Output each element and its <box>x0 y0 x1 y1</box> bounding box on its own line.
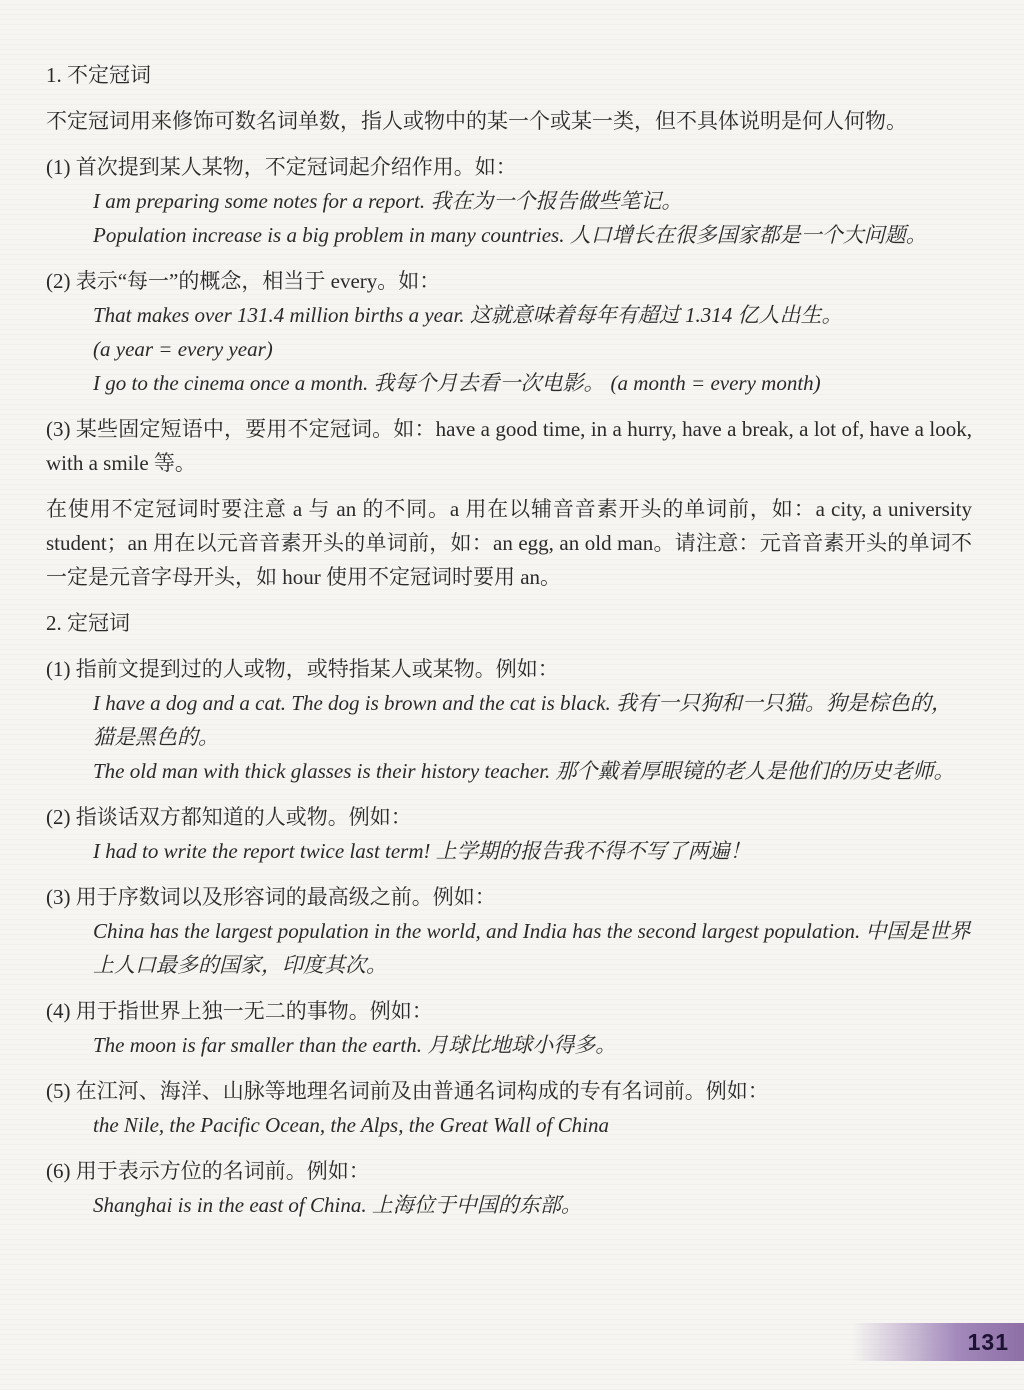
chinese-translation: 我在为一个报告做些笔记。 <box>430 189 682 213</box>
english-sentence: I have a dog and a cat. The dog is brown… <box>93 691 616 715</box>
grammar-item-2-5: (5) 在江河、海洋、山脉等地理名词前及由普通名词构成的专有名词前。例如： <box>46 1074 972 1108</box>
chinese-translation: 上海位于中国的东部。 <box>372 1193 582 1217</box>
grammar-item-1-2: (2) 表示“每一”的概念，相当于 every。如： <box>46 264 972 298</box>
example-line: That makes over 131.4 million births a y… <box>46 298 972 332</box>
example-line: I had to write the report twice last ter… <box>46 834 972 868</box>
chinese-translation: 人口增长在很多国家都是一个大问题。 <box>570 223 927 247</box>
example-line: The moon is far smaller than the earth.月… <box>46 1028 972 1062</box>
grammar-item-2-3: (3) 用于序数词以及形容词的最高级之前。例如： <box>46 880 972 914</box>
english-sentence: China has the largest population in the … <box>93 919 866 943</box>
grammar-item-1-1: (1) 首次提到某人某物，不定冠词起介绍作用。如： <box>46 150 972 184</box>
english-sentence: I am preparing some notes for a report. <box>93 189 430 213</box>
grammar-item-2-6: (6) 用于表示方位的名词前。例如： <box>46 1154 972 1188</box>
chinese-translation: 我每个月去看一次电影。 <box>374 371 605 395</box>
example-line: The old man with thick glasses is their … <box>46 754 972 788</box>
example-line: the Nile, the Pacific Ocean, the Alps, t… <box>46 1108 972 1142</box>
english-note: (a month = every month) <box>611 371 821 395</box>
page-content: 1. 不定冠词 不定冠词用来修饰可数名词单数，指人或物中的某一个或某一类，但不具… <box>0 0 1024 1222</box>
example-line: I go to the cinema once a month.我每个月去看一次… <box>46 366 972 400</box>
grammar-item-2-1: (1) 指前文提到过的人或物，或特指某人或某物。例如： <box>46 652 972 686</box>
page-number-bar: 131 <box>852 1323 1024 1361</box>
example-line: (a year = every year) <box>46 332 972 366</box>
chinese-translation: 上学期的报告我不得不写了两遍！ <box>436 839 751 863</box>
english-sentence: Shanghai is in the east of China. <box>93 1193 372 1217</box>
english-sentence: the Nile, the Pacific Ocean, the Alps, t… <box>93 1113 609 1137</box>
section-1-intro: 不定冠词用来修饰可数名词单数，指人或物中的某一个或某一类，但不具体说明是何人何物… <box>46 104 972 138</box>
chinese-translation: 这就意味着每年有超过 1.314 亿人出生。 <box>470 303 843 327</box>
chinese-translation: 月球比地球小得多。 <box>427 1033 616 1057</box>
textbook-page: 1. 不定冠词 不定冠词用来修饰可数名词单数，指人或物中的某一个或某一类，但不具… <box>0 0 1024 1390</box>
english-sentence: I had to write the report twice last ter… <box>93 839 436 863</box>
section-1-heading: 1. 不定冠词 <box>46 58 972 92</box>
example-line: I have a dog and a cat. The dog is brown… <box>46 686 972 754</box>
example-line: Shanghai is in the east of China.上海位于中国的… <box>46 1188 972 1222</box>
page-number: 131 <box>968 1329 1009 1356</box>
english-sentence: Population increase is a big problem in … <box>93 223 570 247</box>
example-line: Population increase is a big problem in … <box>46 218 972 252</box>
a-vs-an-paragraph: 在使用不定冠词时要注意 a 与 an 的不同。a 用在以辅音音素开头的单词前，如… <box>46 492 972 594</box>
grammar-item-1-3: (3) 某些固定短语中，要用不定冠词。如：have a good time, i… <box>46 412 972 480</box>
english-sentence: The moon is far smaller than the earth. <box>93 1033 427 1057</box>
english-sentence: (a year = every year) <box>93 337 273 361</box>
example-line: China has the largest population in the … <box>46 914 972 982</box>
grammar-item-2-2: (2) 指谈话双方都知道的人或物。例如： <box>46 800 972 834</box>
example-line: I am preparing some notes for a report.我… <box>46 184 972 218</box>
english-sentence: The old man with thick glasses is their … <box>93 759 556 783</box>
chinese-translation: 那个戴着厚眼镜的老人是他们的历史老师。 <box>556 759 955 783</box>
section-2-heading: 2. 定冠词 <box>46 606 972 640</box>
english-sentence: I go to the cinema once a month. <box>93 371 374 395</box>
grammar-item-2-4: (4) 用于指世界上独一无二的事物。例如： <box>46 994 972 1028</box>
english-sentence: That makes over 131.4 million births a y… <box>93 303 470 327</box>
